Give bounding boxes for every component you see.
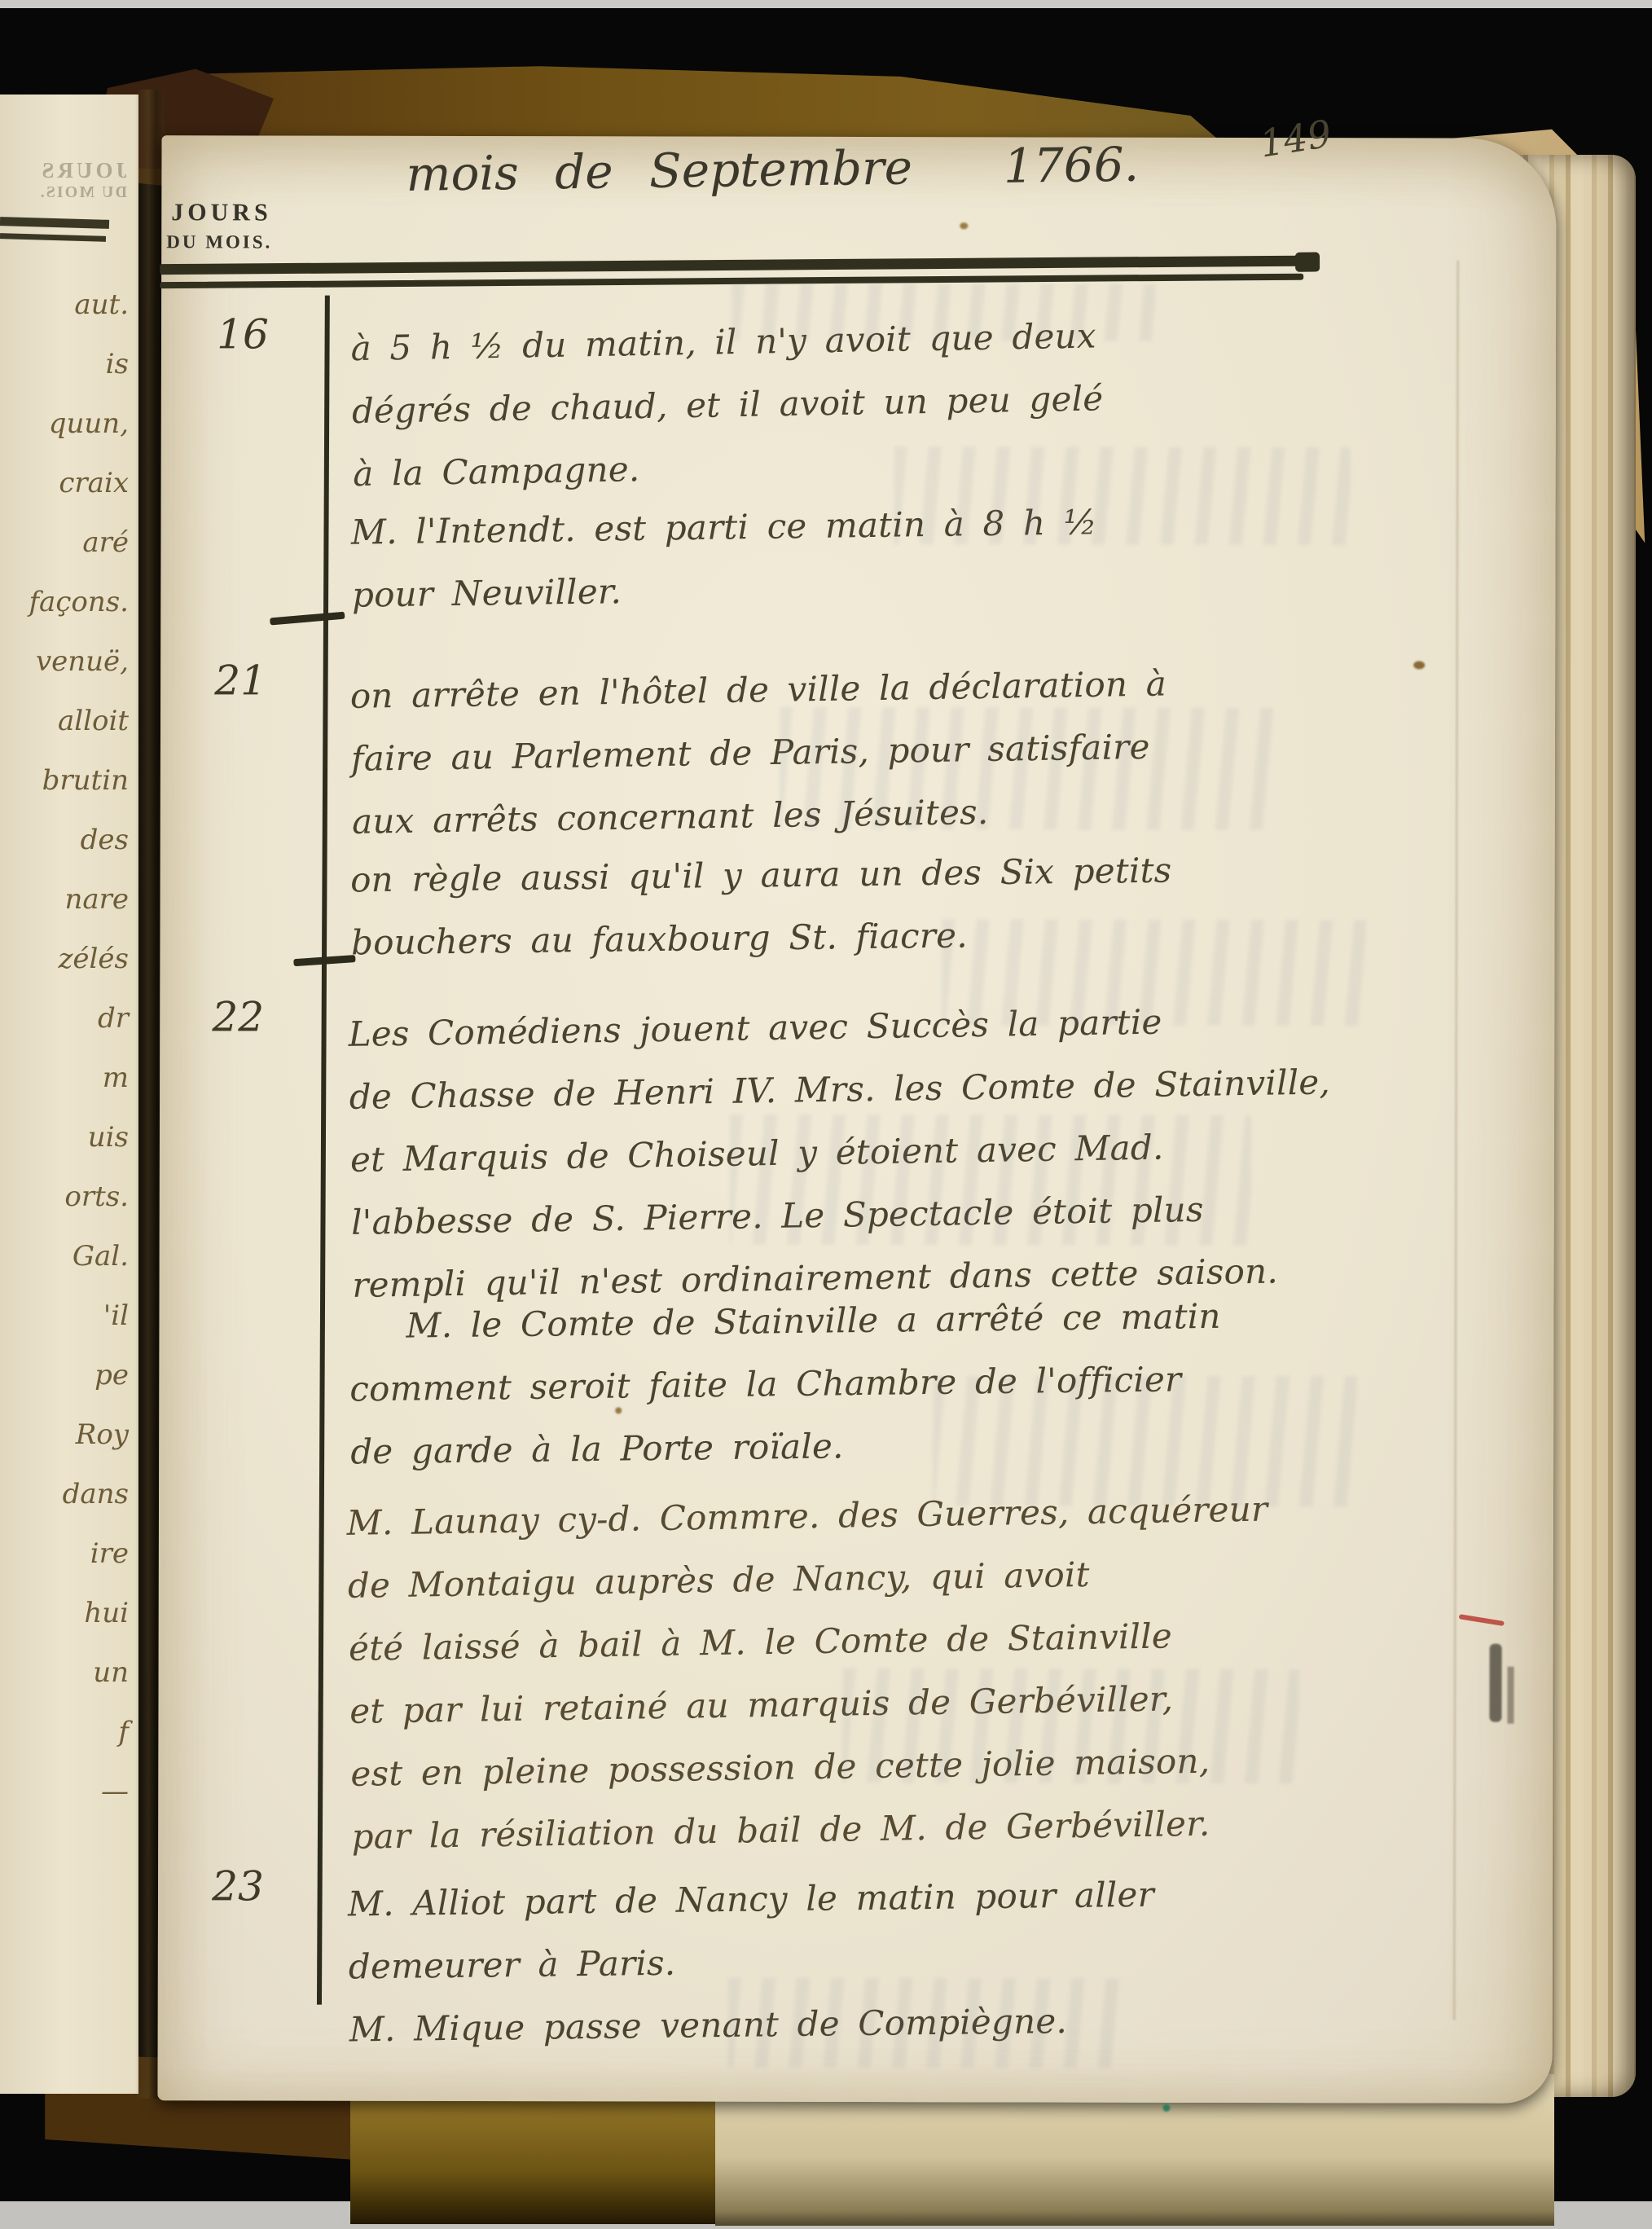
facing-page-header-line1: JOURS: [5, 158, 127, 183]
ink-showthrough: [842, 1668, 1298, 1783]
facing-page-header-bleed: JOURS DU MOIS.: [5, 158, 127, 202]
facing-page-word-fragment: pe: [94, 1359, 129, 1391]
ink-showthrough: [894, 446, 1350, 545]
ink-showthrough: [730, 1114, 1251, 1246]
facing-page-word-fragment: dans: [63, 1478, 129, 1510]
facing-page-word-fragment: orts.: [64, 1180, 129, 1213]
month-year-title: mois de Septembre 1766.: [406, 137, 1139, 202]
facing-page-word-fragment: quun,: [49, 407, 129, 440]
facing-page-word-fragment: is: [106, 348, 129, 380]
facing-page-word-fragment: Roy: [76, 1418, 129, 1451]
page-number: 149: [1257, 112, 1334, 166]
facing-page-word-fragment: nare: [64, 883, 129, 916]
facing-page-word-fragment: brutin: [42, 764, 129, 797]
facing-page-word-fragment: f: [118, 1716, 129, 1748]
facing-page-word-fragment: dr: [98, 1002, 129, 1035]
facing-page-word-fragment: alloit: [58, 705, 129, 737]
facing-page-word-fragment: un: [93, 1656, 129, 1689]
facing-page-word-fragment: hui: [84, 1597, 129, 1629]
facing-page-word-fragment: venuë,: [36, 645, 129, 678]
journal-page: JOURS DU MOIS. mois de Septembre 1766. 1…: [157, 135, 1556, 2104]
facing-page-word-fragment: aut.: [74, 288, 129, 321]
green-speck: [1162, 2104, 1170, 2112]
facing-page-word-fragment: 'il: [103, 1299, 129, 1332]
facing-page-rule: [0, 233, 106, 242]
facing-page-word-fragment: Gal.: [72, 1240, 129, 1273]
day-number-23: 23: [189, 1862, 287, 1910]
scanner-edge-top: [0, 0, 1652, 8]
printed-header-du-mois: DU MOIS.: [166, 231, 272, 253]
rule-end-blob: [1295, 253, 1320, 272]
day-number-21: 21: [191, 657, 289, 704]
day-number-22: 22: [189, 993, 287, 1040]
facing-page-header-line2: DU MOIS.: [5, 183, 127, 202]
entry-start-tick: [270, 612, 345, 626]
facing-page-word-fragment: —: [101, 1775, 129, 1808]
day-number-16: 16: [194, 310, 292, 358]
ink-smudge: [1507, 1667, 1514, 1724]
paper-stain: [615, 1407, 622, 1413]
paper-stain: [1413, 661, 1425, 669]
ink-smudge: [1489, 1644, 1501, 1722]
ink-showthrough: [728, 1978, 1119, 2069]
month-title-script: mois de Septembre: [406, 139, 912, 201]
facing-page-word-fragment: craix: [59, 467, 129, 499]
ink-showthrough: [780, 707, 1285, 830]
paper-stain: [960, 222, 968, 229]
manuscript-scan: JOURS DU MOIS. aut. is quun, craix aré f…: [0, 0, 1652, 2229]
facing-page-rule: [0, 217, 109, 229]
year-script: 1766.: [1004, 137, 1140, 194]
facing-page-word-fragment: ire: [90, 1537, 129, 1570]
facing-page-word-fragment: des: [81, 824, 129, 856]
facing-page-strip: JOURS DU MOIS. aut. is quun, craix aré f…: [0, 95, 138, 2094]
facing-page-word-fragment: façons.: [29, 586, 129, 618]
ink-showthrough: [942, 919, 1365, 1026]
printed-header-jours: JOURS: [171, 199, 271, 226]
facing-page-word-fragment: uis: [88, 1121, 129, 1154]
facing-page-word-fragment: aré: [82, 526, 129, 559]
margin-vertical-rule: [317, 296, 330, 2005]
ink-showthrough: [933, 1375, 1356, 1506]
facing-page-word-fragment: zélés: [59, 943, 129, 975]
facing-page-word-fragment: m: [103, 1062, 129, 1094]
ink-showthrough: [732, 284, 1155, 341]
